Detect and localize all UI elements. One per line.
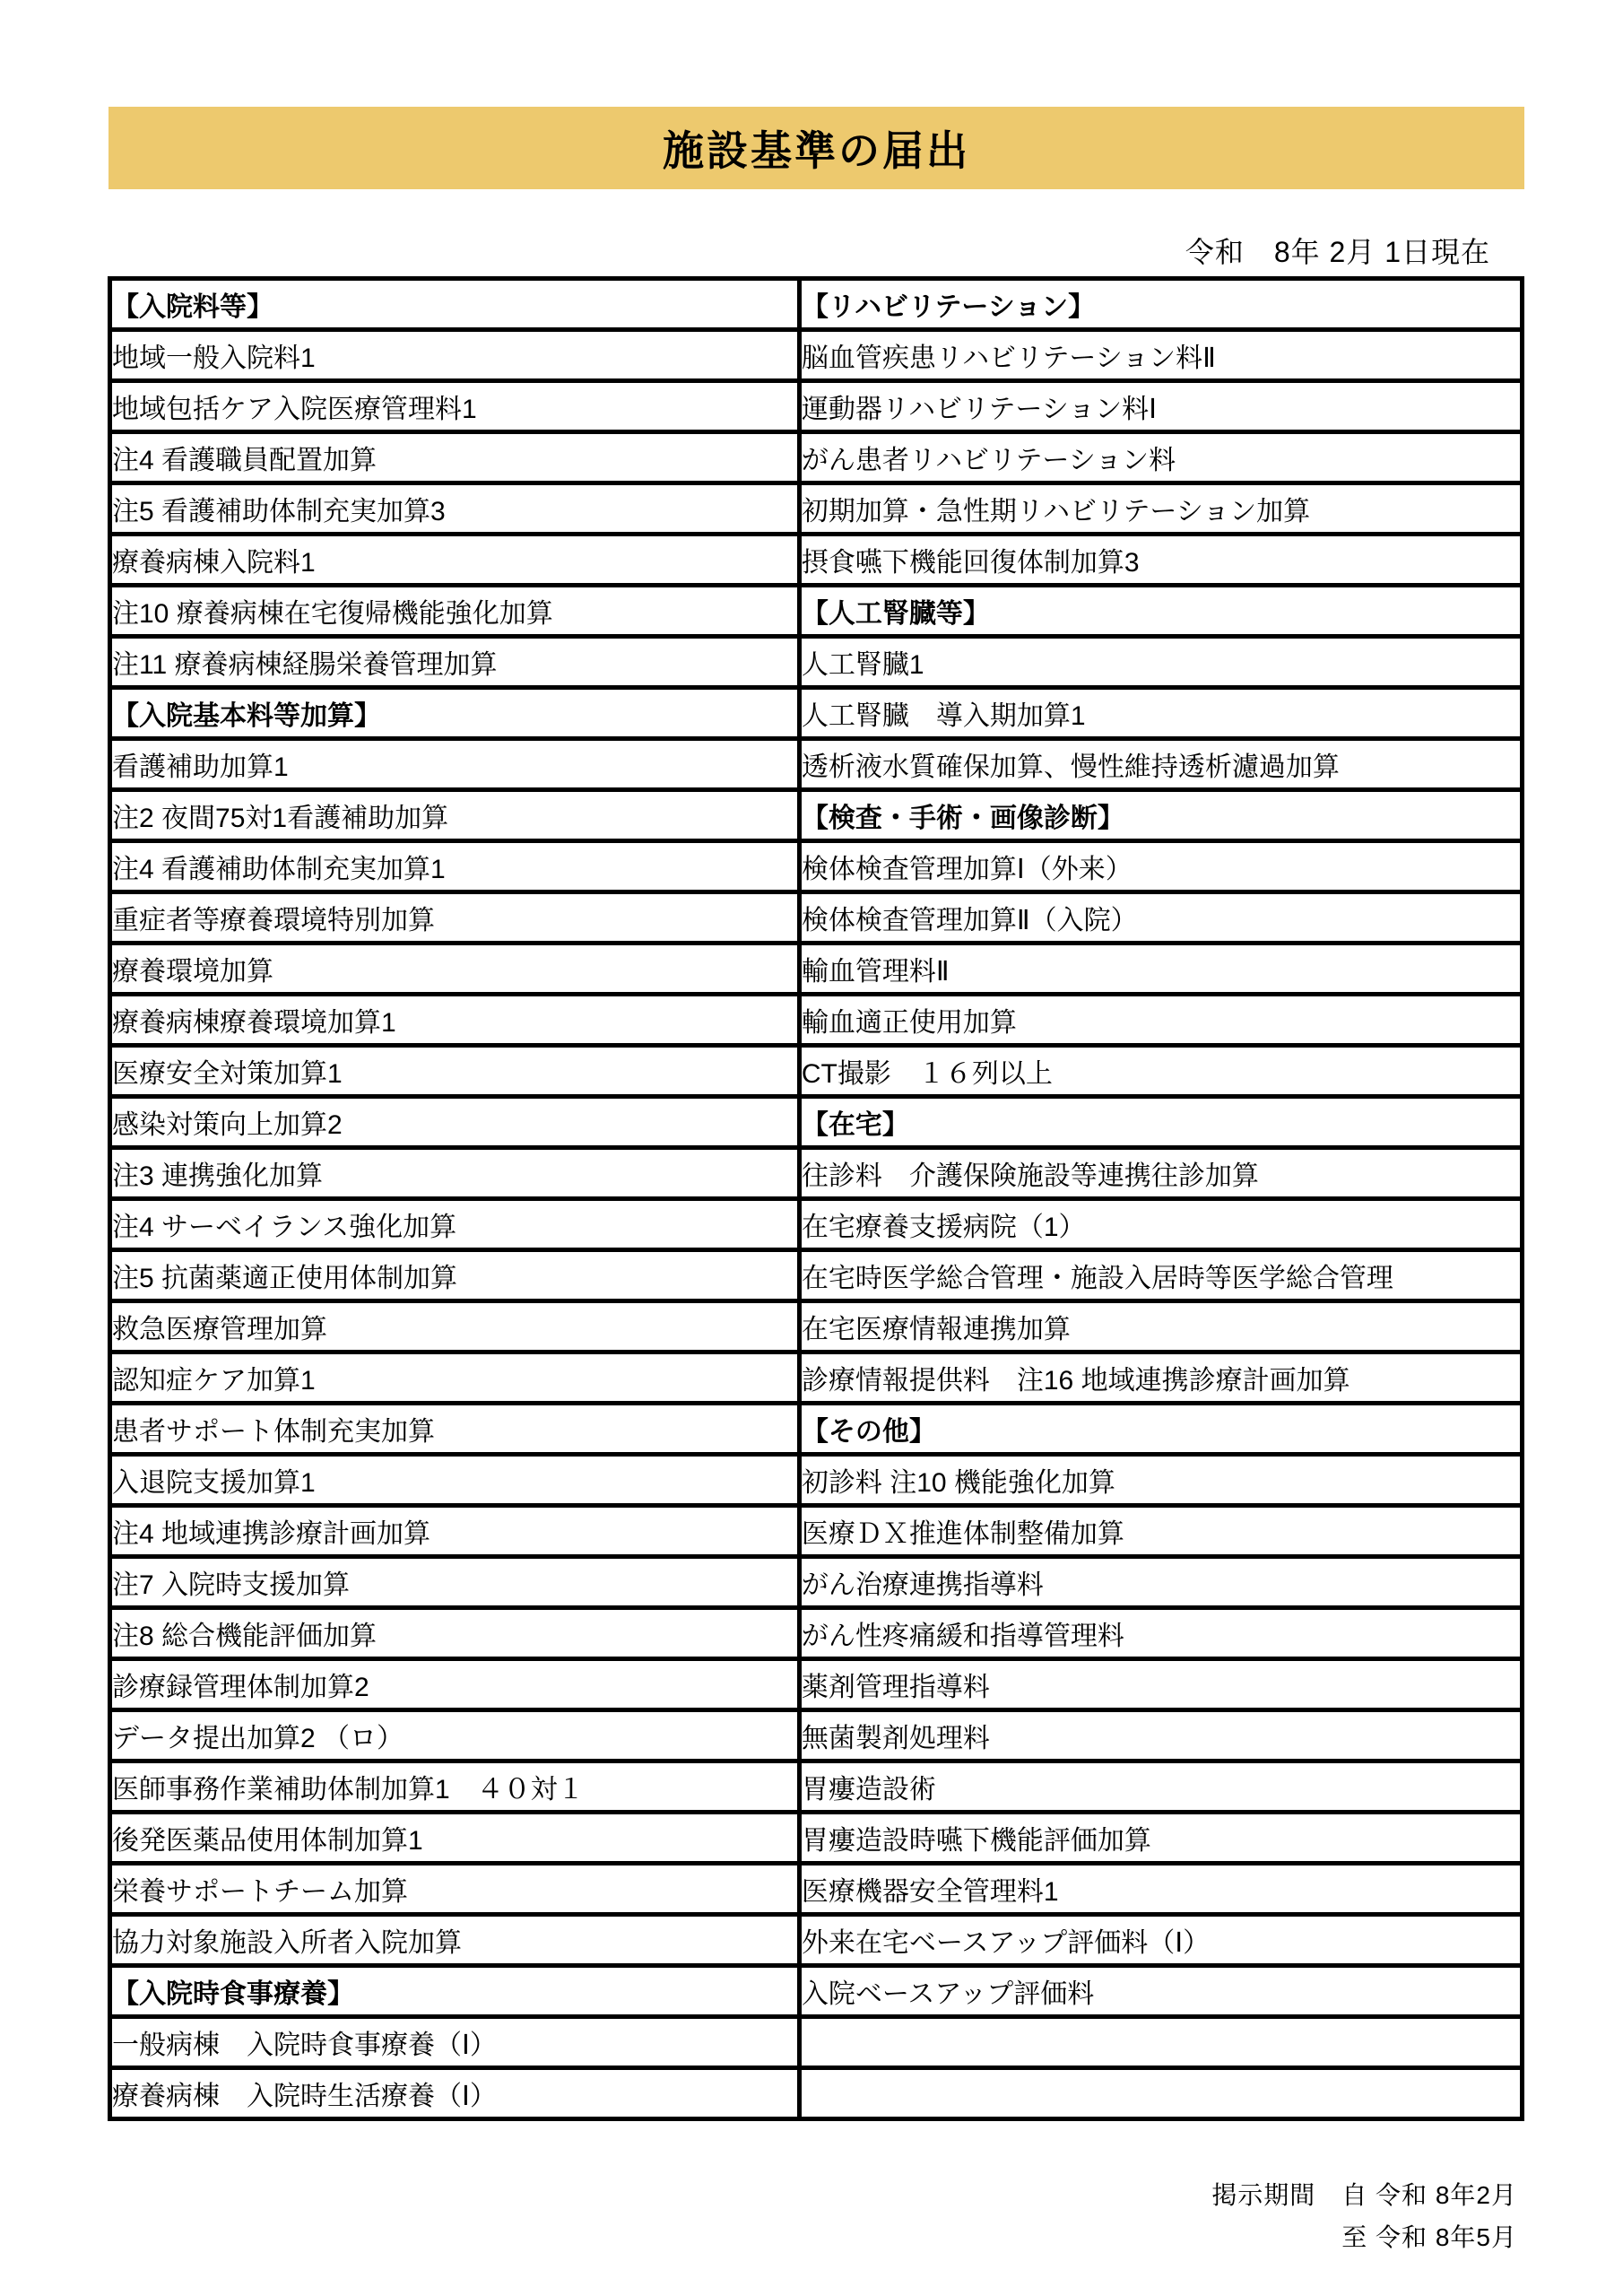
table-body: 【入院料等】【リハビリテーション】地域一般入院料1脳血管疾患リハビリテーション料… <box>110 279 1523 2119</box>
item-cell: 注11 療養病棟経腸栄養管理加算 <box>110 637 800 688</box>
item-cell: 検体検査管理加算Ⅱ（入院） <box>799 892 1522 944</box>
item-cell: 運動器リハビリテーション料Ⅰ <box>799 381 1522 432</box>
item-cell: 感染対策向上加算2 <box>110 1097 800 1148</box>
item-cell: 入院ベースアップ評価料 <box>799 1966 1522 2017</box>
table-row: 診療録管理体制加算2薬剤管理指導料 <box>110 1659 1523 1710</box>
item-cell: 胃瘻造設時嚥下機能評価加算 <box>799 1813 1522 1864</box>
item-cell: 医師事務作業補助体制加算1 ４０対１ <box>110 1761 800 1813</box>
item-cell: 初診料 注10 機能強化加算 <box>799 1455 1522 1506</box>
table-row: 救急医療管理加算在宅医療情報連携加算 <box>110 1301 1523 1352</box>
item-cell: 在宅医療情報連携加算 <box>799 1301 1522 1352</box>
section-header-cell: 【リハビリテーション】 <box>799 279 1522 330</box>
item-cell: 療養病棟療養環境加算1 <box>110 995 800 1046</box>
table-row: 医療安全対策加算1CT撮影 １６列以上 <box>110 1046 1523 1097</box>
section-header-cell: 【在宅】 <box>799 1097 1522 1148</box>
table-row: 【入院基本料等加算】人工腎臓 導入期加算1 <box>110 688 1523 739</box>
page-title: 施設基準の届出 <box>663 118 970 178</box>
item-cell: 重症者等療養環境特別加算 <box>110 892 800 944</box>
item-cell: 在宅療養支援病院（1） <box>799 1199 1522 1250</box>
item-cell: 注4 地域連携診療計画加算 <box>110 1506 800 1557</box>
item-cell: 認知症ケア加算1 <box>110 1352 800 1404</box>
item-cell: 地域包括ケア入院医療管理料1 <box>110 381 800 432</box>
table-row: 【入院料等】【リハビリテーション】 <box>110 279 1523 330</box>
item-cell: 胃瘻造設術 <box>799 1761 1522 1813</box>
table-row: 地域一般入院料1脳血管疾患リハビリテーション料Ⅱ <box>110 330 1523 381</box>
table-row: 認知症ケア加算1診療情報提供料 注16 地域連携診療計画加算 <box>110 1352 1523 1404</box>
facility-standards-table: 【入院料等】【リハビリテーション】地域一般入院料1脳血管疾患リハビリテーション料… <box>108 276 1524 2121</box>
section-header-cell: 【その他】 <box>799 1404 1522 1455</box>
item-cell: 注5 看護補助体制充実加算3 <box>110 483 800 535</box>
table-row: 注3 連携強化加算往診料 介護保険施設等連携往診加算 <box>110 1148 1523 1199</box>
item-cell: 救急医療管理加算 <box>110 1301 800 1352</box>
item-cell: 診療録管理体制加算2 <box>110 1659 800 1710</box>
table-row: 注10 療養病棟在宅復帰機能強化加算【人工腎臓等】 <box>110 586 1523 637</box>
item-cell: がん性疼痛緩和指導管理料 <box>799 1608 1522 1659</box>
posting-period-line2: 至 令和 8年5月 <box>1211 2216 1517 2258</box>
item-cell: 注4 サーベイランス強化加算 <box>110 1199 800 1250</box>
table-row: 注4 看護職員配置加算がん患者リハビリテーション料 <box>110 432 1523 483</box>
table-row: 療養環境加算輸血管理料Ⅱ <box>110 944 1523 995</box>
table-row: 療養病棟 入院時生活療養（Ⅰ） <box>110 2068 1523 2119</box>
item-cell: 注7 入院時支援加算 <box>110 1557 800 1608</box>
item-cell: 注5 抗菌薬適正使用体制加算 <box>110 1250 800 1301</box>
table-row: データ提出加算2 （ロ）無菌製剤処理料 <box>110 1710 1523 1761</box>
item-cell: データ提出加算2 （ロ） <box>110 1710 800 1761</box>
table-row: 重症者等療養環境特別加算検体検査管理加算Ⅱ（入院） <box>110 892 1523 944</box>
item-cell: 一般病棟 入院時食事療養（Ⅰ） <box>110 2017 800 2068</box>
item-cell: がん治療連携指導料 <box>799 1557 1522 1608</box>
table-row: 注5 抗菌薬適正使用体制加算在宅時医学総合管理・施設入居時等医学総合管理 <box>110 1250 1523 1301</box>
item-cell: 注3 連携強化加算 <box>110 1148 800 1199</box>
item-cell: 薬剤管理指導料 <box>799 1659 1522 1710</box>
item-cell: 注10 療養病棟在宅復帰機能強化加算 <box>110 586 800 637</box>
item-cell: 療養病棟 入院時生活療養（Ⅰ） <box>110 2068 800 2119</box>
effective-date: 令和 8年 2月 1日現在 <box>1185 230 1490 271</box>
section-header-cell: 【入院時食事療養】 <box>110 1966 800 2017</box>
table-row: 医師事務作業補助体制加算1 ４０対１胃瘻造設術 <box>110 1761 1523 1813</box>
table-row: 栄養サポートチーム加算医療機器安全管理料1 <box>110 1864 1523 1915</box>
table-row: 注11 療養病棟経腸栄養管理加算人工腎臓1 <box>110 637 1523 688</box>
table-row: 注8 総合機能評価加算がん性疼痛緩和指導管理料 <box>110 1608 1523 1659</box>
item-cell: 医療機器安全管理料1 <box>799 1864 1522 1915</box>
item-cell: 無菌製剤処理料 <box>799 1710 1522 1761</box>
table-row: 一般病棟 入院時食事療養（Ⅰ） <box>110 2017 1523 2068</box>
item-cell: 診療情報提供料 注16 地域連携診療計画加算 <box>799 1352 1522 1404</box>
posting-period: 掲示期間 自 令和 8年2月 至 令和 8年5月 <box>1211 2174 1517 2258</box>
item-cell: 往診料 介護保険施設等連携往診加算 <box>799 1148 1522 1199</box>
table-row: 注5 看護補助体制充実加算3初期加算・急性期リハビリテーション加算 <box>110 483 1523 535</box>
item-cell: 外来在宅ベースアップ評価料（Ⅰ） <box>799 1915 1522 1966</box>
item-cell: 医療安全対策加算1 <box>110 1046 800 1097</box>
item-cell: 入退院支援加算1 <box>110 1455 800 1506</box>
table-row: 入退院支援加算1初診料 注10 機能強化加算 <box>110 1455 1523 1506</box>
section-header-cell: 【入院基本料等加算】 <box>110 688 800 739</box>
item-cell: 初期加算・急性期リハビリテーション加算 <box>799 483 1522 535</box>
item-cell: 人工腎臓 導入期加算1 <box>799 688 1522 739</box>
item-cell: 協力対象施設入所者入院加算 <box>110 1915 800 1966</box>
section-header-cell: 【入院料等】 <box>110 279 800 330</box>
table-row: 療養病棟療養環境加算1輸血適正使用加算 <box>110 995 1523 1046</box>
posting-period-line1: 掲示期間 自 令和 8年2月 <box>1211 2174 1517 2216</box>
item-cell: がん患者リハビリテーション料 <box>799 432 1522 483</box>
item-cell: 療養環境加算 <box>110 944 800 995</box>
table-row: 後発医薬品使用体制加算1胃瘻造設時嚥下機能評価加算 <box>110 1813 1523 1864</box>
item-cell: 摂食嚥下機能回復体制加算3 <box>799 535 1522 586</box>
table-row: 患者サポート体制充実加算【その他】 <box>110 1404 1523 1455</box>
section-header-cell: 【人工腎臓等】 <box>799 586 1522 637</box>
item-cell: 医療ＤＸ推進体制整備加算 <box>799 1506 1522 1557</box>
table-row: 注4 サーベイランス強化加算在宅療養支援病院（1） <box>110 1199 1523 1250</box>
table-row: 感染対策向上加算2【在宅】 <box>110 1097 1523 1148</box>
item-cell: 注4 看護職員配置加算 <box>110 432 800 483</box>
item-cell <box>799 2017 1522 2068</box>
item-cell: 輸血適正使用加算 <box>799 995 1522 1046</box>
item-cell: CT撮影 １６列以上 <box>799 1046 1522 1097</box>
table-row: 注2 夜間75対1看護補助加算【検査・手術・画像診断】 <box>110 790 1523 841</box>
item-cell: 在宅時医学総合管理・施設入居時等医学総合管理 <box>799 1250 1522 1301</box>
item-cell: 患者サポート体制充実加算 <box>110 1404 800 1455</box>
table-row: 【入院時食事療養】入院ベースアップ評価料 <box>110 1966 1523 2017</box>
item-cell: 地域一般入院料1 <box>110 330 800 381</box>
table-row: 注4 地域連携診療計画加算医療ＤＸ推進体制整備加算 <box>110 1506 1523 1557</box>
table-row: 看護補助加算1透析液水質確保加算、慢性維持透析濾過加算 <box>110 739 1523 790</box>
item-cell: 注2 夜間75対1看護補助加算 <box>110 790 800 841</box>
section-header-cell: 【検査・手術・画像診断】 <box>799 790 1522 841</box>
table-row: 協力対象施設入所者入院加算外来在宅ベースアップ評価料（Ⅰ） <box>110 1915 1523 1966</box>
table-row: 地域包括ケア入院医療管理料1運動器リハビリテーション料Ⅰ <box>110 381 1523 432</box>
title-banner: 施設基準の届出 <box>108 107 1524 189</box>
item-cell <box>799 2068 1522 2119</box>
item-cell: 人工腎臓1 <box>799 637 1522 688</box>
item-cell: 後発医薬品使用体制加算1 <box>110 1813 800 1864</box>
item-cell: 看護補助加算1 <box>110 739 800 790</box>
table-row: 注4 看護補助体制充実加算1検体検査管理加算Ⅰ（外来） <box>110 841 1523 892</box>
table-row: 注7 入院時支援加算がん治療連携指導料 <box>110 1557 1523 1608</box>
table-row: 療養病棟入院料1摂食嚥下機能回復体制加算3 <box>110 535 1523 586</box>
item-cell: 脳血管疾患リハビリテーション料Ⅱ <box>799 330 1522 381</box>
item-cell: 注8 総合機能評価加算 <box>110 1608 800 1659</box>
item-cell: 輸血管理料Ⅱ <box>799 944 1522 995</box>
item-cell: 注4 看護補助体制充実加算1 <box>110 841 800 892</box>
item-cell: 栄養サポートチーム加算 <box>110 1864 800 1915</box>
item-cell: 療養病棟入院料1 <box>110 535 800 586</box>
item-cell: 検体検査管理加算Ⅰ（外来） <box>799 841 1522 892</box>
item-cell: 透析液水質確保加算、慢性維持透析濾過加算 <box>799 739 1522 790</box>
